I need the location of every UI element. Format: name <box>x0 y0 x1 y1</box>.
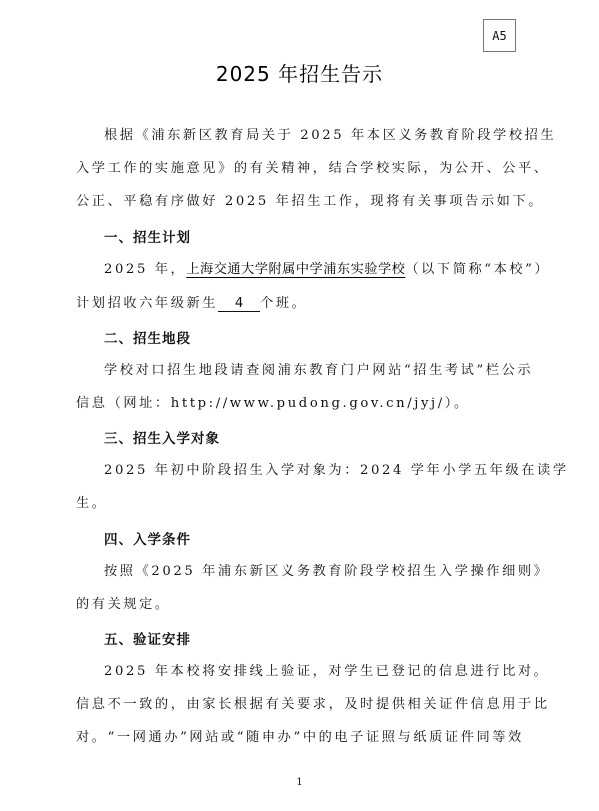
plan-enroll-text: 计划招收六年级新生 <box>76 296 218 311</box>
plan-line-2: 计划招收六年级新生4个班。 <box>76 295 522 313</box>
intro-line-2: 入学工作的实施意见》的有关精神，结合学校实际，为公开、公平、 <box>76 160 522 178</box>
verification-line-3: 对。“一网通办”网站或“随申办”中的电子证照与纸质证件同等效 <box>76 729 522 747</box>
plan-class-unit: 个班。 <box>260 296 307 311</box>
class-count: 4 <box>218 296 260 312</box>
section-heading-eligibility: 三、招生入学对象 <box>104 430 522 448</box>
district-line-1: 学校对口招生地段请查阅浦东教育门户网站“招生考试”栏公示 <box>104 362 522 380</box>
page-number: 1 <box>0 777 599 788</box>
eligibility-line-1: 2025 年初中阶段招生入学对象为：2024 学年小学五年级在读学 <box>104 462 522 480</box>
intro-line-1: 根据《浦东新区教育局关于 2025 年本区义务教育阶段学校招生 <box>104 127 522 145</box>
verification-line-2: 信息不一致的，由家长根据有关要求，及时提供相关证件信息用于比 <box>76 696 522 714</box>
plan-abbrev-text: （以下简称“本校”） <box>405 262 550 277</box>
plan-line-1: 2025 年，上海交通大学附属中学浦东实验学校（以下简称“本校”） <box>104 261 522 279</box>
eligibility-line-2: 生。 <box>76 495 522 513</box>
conditions-line-1: 按照《2025 年浦东新区义务教育阶段学校招生入学操作细则》 <box>104 563 522 581</box>
district-line-2: 信息（网址：http://www.pudong.gov.cn/jyj/）。 <box>76 395 522 413</box>
plan-year-text: 2025 年， <box>104 262 186 277</box>
verification-line-1: 2025 年本校将安排线上验证，对学生已登记的信息进行比对。 <box>104 663 522 681</box>
section-heading-plan: 一、招生计划 <box>104 229 522 247</box>
section-heading-verification: 五、验证安排 <box>104 631 522 649</box>
school-name: 上海交通大学附属中学浦东实验学校 <box>186 262 405 277</box>
conditions-line-2: 的有关规定。 <box>76 596 522 614</box>
intro-line-3: 公正、平稳有序做好 2025 年招生工作，现将有关事项告示如下。 <box>76 193 522 211</box>
page-title: 2025 年招生告示 <box>0 58 599 87</box>
document-code-box: A5 <box>483 19 516 52</box>
section-heading-district: 二、招生地段 <box>104 330 522 348</box>
section-heading-conditions: 四、入学条件 <box>104 531 522 549</box>
document-code: A5 <box>492 29 506 43</box>
